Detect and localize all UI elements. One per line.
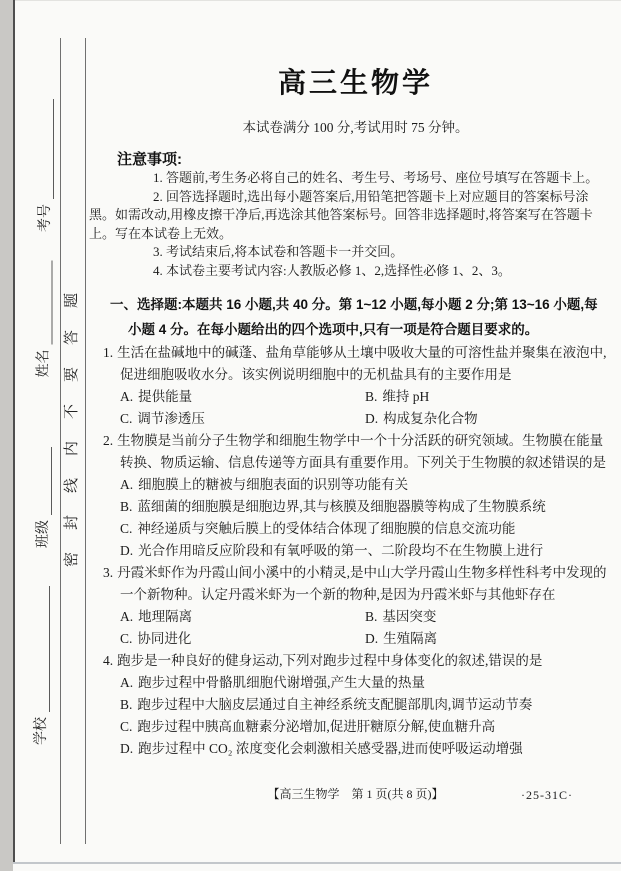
question-2-stem-text: 生物膜是当前分子生物学和细胞生物学中一个十分活跃的研究领域。生物膜在能量转换、物… — [117, 433, 606, 470]
question-2-option-d: D.光合作用暗反应阶段和有氧呼吸的第一、二阶段均不在生物膜上进行 — [120, 540, 608, 562]
question-3-stem: 3.丹霞米虾作为丹霞山间小溪中的小精灵,是中山大学丹霞山生物多样性科考中发现的一… — [103, 562, 608, 606]
option-text: 跑步过程中骨骼肌细胞代谢增强,产生大量的热量 — [138, 675, 425, 690]
question-1: 1.生活在盐碱地中的碱蓬、盐角草能够从土壤中吸收大量的可溶性盐并聚集在液泡中,促… — [103, 342, 608, 430]
question-3-option-a: A.地理隔离 — [120, 606, 365, 628]
option-text: 维持 pH — [382, 389, 429, 404]
notice-item-4: 4. 本试卷主要考试内容:人教版必修 1、2,选择性必修 1、2、3。 — [89, 262, 601, 281]
footer-paper-code: ·25-31C· — [521, 787, 573, 803]
option-text: 跑步过程中大脑皮层通过自主神经系统支配腿部肌肉,调节运动节奏 — [137, 697, 532, 712]
question-3: 3.丹霞米虾作为丹霞山间小溪中的小精灵,是中山大学丹霞山生物多样性科考中发现的一… — [103, 562, 608, 650]
page-fold-line — [13, 0, 15, 862]
question-1-option-d: D.构成复杂化合物 — [365, 408, 608, 430]
exam-content: 高三生物学 本试卷满分 100 分,考试用时 75 分钟。 注意事项: 1. 答… — [103, 0, 608, 760]
option-label: D. — [365, 411, 378, 426]
option-text: 提供能量 — [138, 389, 192, 404]
field-class-label: 班级 — [32, 520, 52, 548]
question-2-option-b: B.蓝细菌的细胞膜是细胞边界,其与核膜及细胞器膜等构成了生物膜系统 — [120, 496, 608, 518]
option-text: 光合作用暗反应阶段和有氧呼吸的第一、二阶段均不在生物膜上进行 — [138, 543, 543, 558]
field-class: 班级 — [34, 438, 52, 548]
option-text: 跑步过程中 CO₂ 浓度变化会刺激相关感受器,进而使呼吸运动增强 — [138, 741, 523, 756]
question-4-stem-text: 跑步是一种良好的健身运动,下列对跑步过程中身体变化的叙述,错误的是 — [117, 653, 542, 668]
question-1-option-c: C.调节渗透压 — [120, 408, 365, 430]
option-text: 协同进化 — [137, 631, 191, 646]
question-1-option-b: B.维持 pH — [365, 386, 608, 408]
notice-list: 1. 答题前,考生务必将自己的姓名、考生号、考场号、座位号填写在答题卡上。 2.… — [89, 169, 601, 280]
scan-edge-left — [0, 0, 13, 871]
notice-heading: 注意事项: — [117, 150, 608, 169]
question-3-number: 3. — [103, 565, 113, 580]
question-4-option-c: C.跑步过程中胰高血糖素分泌增加,促进肝糖原分解,使血糖升高 — [120, 716, 608, 738]
notice-item-2: 2. 回答选择题时,选出每小题答案后,用铅笔把答题卡上对应题目的答案标号涂黑。如… — [89, 188, 601, 244]
question-4-option-b: B.跑步过程中大脑皮层通过自主神经系统支配腿部肌肉,调节运动节奏 — [120, 694, 608, 716]
option-text: 调节渗透压 — [137, 411, 205, 426]
option-text: 构成复杂化合物 — [383, 411, 478, 426]
field-name-blank — [37, 261, 53, 345]
question-1-stem: 1.生活在盐碱地中的碱蓬、盐角草能够从土壤中吸收大量的可溶性盐并聚集在液泡中,促… — [103, 342, 608, 386]
option-label: A. — [120, 389, 133, 404]
scanned-exam-page: { "colors": { "paper": "#fafaf8", "scan_… — [0, 0, 621, 871]
scan-edge-bottom — [13, 862, 621, 864]
question-4: 4.跑步是一种良好的健身运动,下列对跑步过程中身体变化的叙述,错误的是 A.跑步… — [103, 650, 608, 760]
option-label: A. — [120, 609, 133, 624]
option-label: D. — [120, 543, 133, 558]
field-exam-number-blank — [38, 99, 54, 199]
option-label: D. — [120, 741, 133, 756]
notice-item-1: 1. 答题前,考生务必将自己的姓名、考生号、考场号、座位号填写在答题卡上。 — [89, 169, 601, 188]
field-exam-number-label: 考号 — [34, 204, 54, 232]
question-3-options: A.地理隔离 B.基因突变 C.协同进化 D.生殖隔离 — [120, 606, 608, 650]
question-4-stem: 4.跑步是一种良好的健身运动,下列对跑步过程中身体变化的叙述,错误的是 — [103, 650, 608, 672]
question-2: 2.生物膜是当前分子生物学和细胞生物学中一个十分活跃的研究领域。生物膜在能量转换… — [103, 430, 608, 562]
question-4-option-d: D.跑步过程中 CO₂ 浓度变化会刺激相关感受器,进而使呼吸运动增强 — [120, 738, 608, 760]
question-1-number: 1. — [103, 345, 113, 360]
seal-rule-outer — [85, 38, 86, 844]
field-name-label: 姓名 — [33, 350, 53, 378]
question-3-stem-text: 丹霞米虾作为丹霞山间小溪中的小精灵,是中山大学丹霞山生物多样性科考中发现的一个新… — [117, 565, 606, 602]
field-name: 姓名 — [35, 253, 53, 378]
option-text: 跑步过程中胰高血糖素分泌增加,促进肝糖原分解,使血糖升高 — [137, 719, 495, 734]
seal-warning-text: 密封线内不要答题 — [60, 269, 82, 569]
option-label: C. — [120, 521, 132, 536]
option-label: B. — [365, 389, 377, 404]
option-label: D. — [365, 631, 378, 646]
question-3-option-b: B.基因突变 — [365, 606, 608, 628]
question-2-stem: 2.生物膜是当前分子生物学和细胞生物学中一个十分活跃的研究领域。生物膜在能量转换… — [103, 430, 608, 474]
option-text: 地理隔离 — [138, 609, 192, 624]
option-text: 生殖隔离 — [383, 631, 437, 646]
field-class-blank — [36, 447, 52, 515]
notice-item-3: 3. 考试结束后,将本试卷和答题卡一并交回。 — [89, 243, 601, 262]
question-1-options: A.提供能量 B.维持 pH C.调节渗透压 D.构成复杂化合物 — [120, 386, 608, 430]
question-2-option-c: C.神经递质与突触后膜上的受体结合体现了细胞膜的信息交流功能 — [120, 518, 608, 540]
option-label: A. — [120, 477, 133, 492]
question-3-option-c: C.协同进化 — [120, 628, 365, 650]
option-label: A. — [120, 675, 133, 690]
question-1-option-a: A.提供能量 — [120, 386, 365, 408]
option-label: B. — [365, 609, 377, 624]
option-text: 蓝细菌的细胞膜是细胞边界,其与核膜及细胞器膜等构成了生物膜系统 — [137, 499, 545, 514]
field-school-blank — [34, 586, 50, 712]
option-label: B. — [120, 697, 132, 712]
question-1-stem-text: 生活在盐碱地中的碱蓬、盐角草能够从土壤中吸收大量的可溶性盐并聚集在液泡中,促进细… — [117, 345, 606, 382]
question-4-option-a: A.跑步过程中骨骼肌细胞代谢增强,产生大量的热量 — [120, 672, 608, 694]
exam-subtitle: 本试卷满分 100 分,考试用时 75 分钟。 — [103, 118, 608, 137]
option-text: 细胞膜上的糖被与细胞表面的识别等功能有关 — [138, 477, 408, 492]
question-2-options: A.细胞膜上的糖被与细胞表面的识别等功能有关 B.蓝细菌的细胞膜是细胞边界,其与… — [120, 474, 608, 562]
question-4-number: 4. — [103, 653, 113, 668]
section-header-choice: 一、选择题:本题共 16 小题,共 40 分。第 1~12 小题,每小题 2 分… — [110, 292, 608, 342]
option-text: 神经递质与突触后膜上的受体结合体现了细胞膜的信息交流功能 — [137, 521, 515, 536]
option-label: C. — [120, 631, 132, 646]
question-2-option-a: A.细胞膜上的糖被与细胞表面的识别等功能有关 — [120, 474, 608, 496]
field-exam-number: 考号 — [36, 90, 54, 232]
field-school: 学校 — [32, 575, 50, 745]
option-label: B. — [120, 499, 132, 514]
question-2-number: 2. — [103, 433, 113, 448]
field-school-label: 学校 — [30, 717, 50, 745]
exam-title: 高三生物学 — [103, 66, 608, 100]
question-3-option-d: D.生殖隔离 — [365, 628, 608, 650]
option-label: C. — [120, 719, 132, 734]
option-text: 基因突变 — [382, 609, 436, 624]
question-4-options: A.跑步过程中骨骼肌细胞代谢增强,产生大量的热量 B.跑步过程中大脑皮层通过自主… — [120, 672, 608, 760]
option-label: C. — [120, 411, 132, 426]
